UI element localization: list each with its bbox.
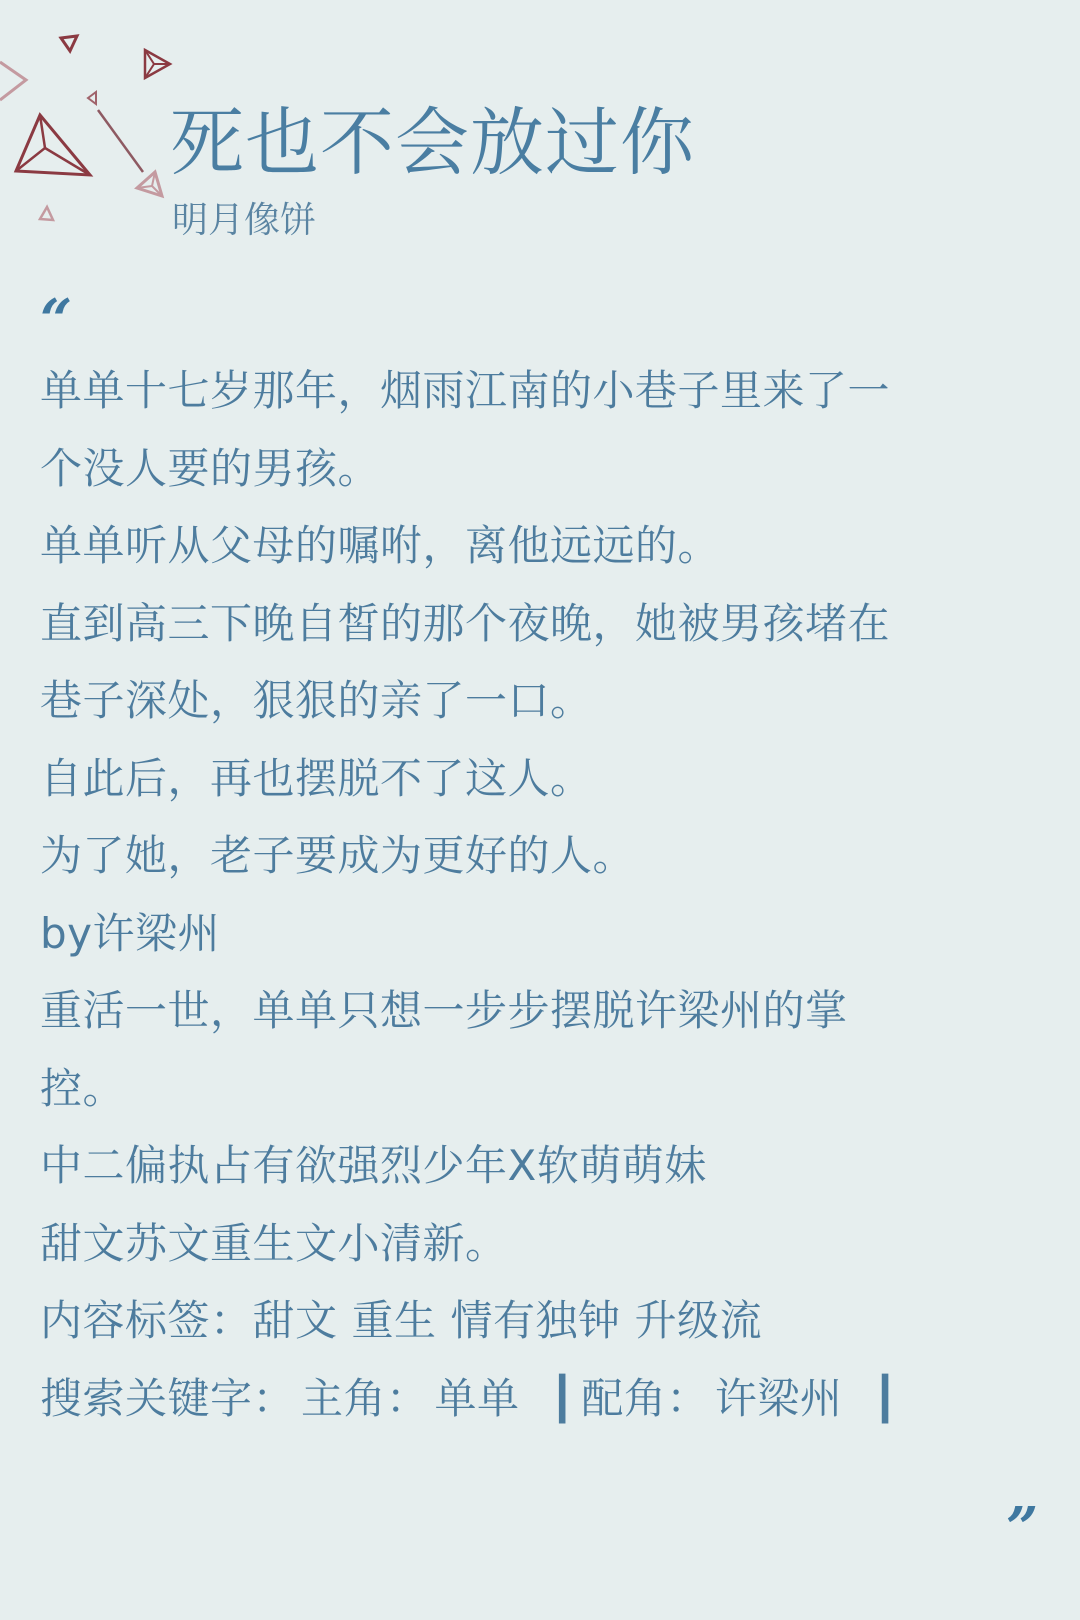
synopsis-line: 巷子深处，狠狠的亲了一口。 <box>40 662 1050 740</box>
content-tags-label: 内容标签： <box>40 1296 253 1345</box>
tag-item: 升级流 <box>635 1296 763 1345</box>
search-keywords: 搜索关键字：主角：单单┃配角：许梁州┃ <box>40 1360 1050 1438</box>
supporting-name: 许梁州 <box>715 1374 843 1423</box>
protagonist-name: 单单 <box>435 1374 520 1423</box>
separator: ┃ <box>550 1374 576 1423</box>
close-quote-icon: ” <box>1006 1498 1038 1558</box>
protagonist-label: 主角： <box>301 1374 429 1423</box>
synopsis-line: 甜文苏文重生文小清新。 <box>40 1205 1050 1283</box>
supporting-label: 配角： <box>581 1374 709 1423</box>
tag-item: 重生 <box>352 1296 437 1345</box>
synopsis-line: 单单听从父母的嘱咐，离他远远的。 <box>40 507 1050 585</box>
book-title: 死也不会放过你 <box>170 98 695 188</box>
synopsis: 单单十七岁那年，烟雨江南的小巷子里来了一 个没人要的男孩。 单单听从父母的嘱咐，… <box>40 352 1050 1437</box>
separator: ┃ <box>872 1374 898 1423</box>
book-author: 明月像饼 <box>172 198 316 244</box>
search-keywords-label: 搜索关键字： <box>40 1374 295 1423</box>
synopsis-line: 为了她，老子要成为更好的人。 <box>40 817 1050 895</box>
synopsis-line: 个没人要的男孩。 <box>40 430 1050 508</box>
open-quote-icon: “ <box>40 290 72 350</box>
tag-item: 情有独钟 <box>451 1296 621 1345</box>
synopsis-line: 单单十七岁那年，烟雨江南的小巷子里来了一 <box>40 352 1050 430</box>
synopsis-line: 重活一世，单单只想一步步摆脱许梁州的掌 <box>40 972 1050 1050</box>
synopsis-line: 中二偏执占有欲强烈少年X软萌萌妹 <box>40 1127 1050 1205</box>
content-tags: 内容标签：甜文重生情有独钟升级流 <box>40 1282 1050 1360</box>
synopsis-line: 直到高三下晚自皙的那个夜晚，她被男孩堵在 <box>40 585 1050 663</box>
synopsis-line: 自此后，再也摆脱不了这人。 <box>40 740 1050 818</box>
tag-item: 甜文 <box>253 1296 338 1345</box>
synopsis-line: by许梁州 <box>40 895 1050 973</box>
synopsis-line: 控。 <box>40 1050 1050 1128</box>
